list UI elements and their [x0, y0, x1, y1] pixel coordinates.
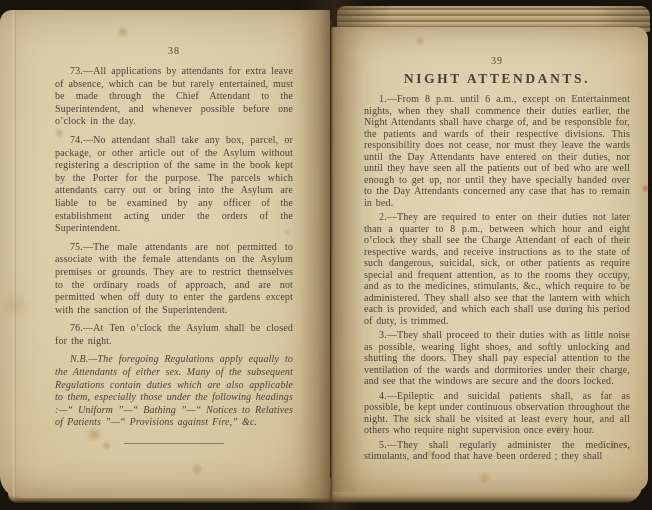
left-page-number: 38	[55, 46, 293, 57]
paragraph-1: 1.—From 8 p.m. until 6 a.m., except on E…	[364, 94, 630, 209]
left-page-text: 38 73.—All applications by attendants fo…	[55, 46, 293, 444]
paragraph-5: 5.—They shall regularly administer the m…	[364, 440, 630, 463]
paragraph-73: 73.—All applications by attendants for e…	[55, 66, 293, 129]
right-page-text: 39 NIGHT ATTENDANTS. 1.—From 8 p.m. unti…	[364, 56, 630, 466]
nota-bene-note: N.B.—The foregoing Regulations apply equ…	[55, 354, 293, 430]
paragraph-4: 4.—Epileptic and suicidal patients shall…	[364, 391, 630, 437]
paragraph-2: 2.—They are required to enter on their d…	[364, 212, 630, 327]
paragraph-74: 74.—No attendant shall take any box, par…	[55, 135, 293, 236]
right-page-number: 39	[364, 56, 630, 67]
night-attendants-heading: NIGHT ATTENDANTS.	[364, 71, 630, 87]
section-divider-rule	[124, 443, 224, 444]
paragraph-76: 76.—At Ten o’clock the Asylum shall be c…	[55, 323, 293, 348]
paragraph-3: 3.—They shall proceed to their duties wi…	[364, 330, 630, 388]
book-photo: 38 73.—All applications by attendants fo…	[0, 0, 652, 510]
paragraph-75: 75.—The male attendants are not permitte…	[55, 242, 293, 318]
